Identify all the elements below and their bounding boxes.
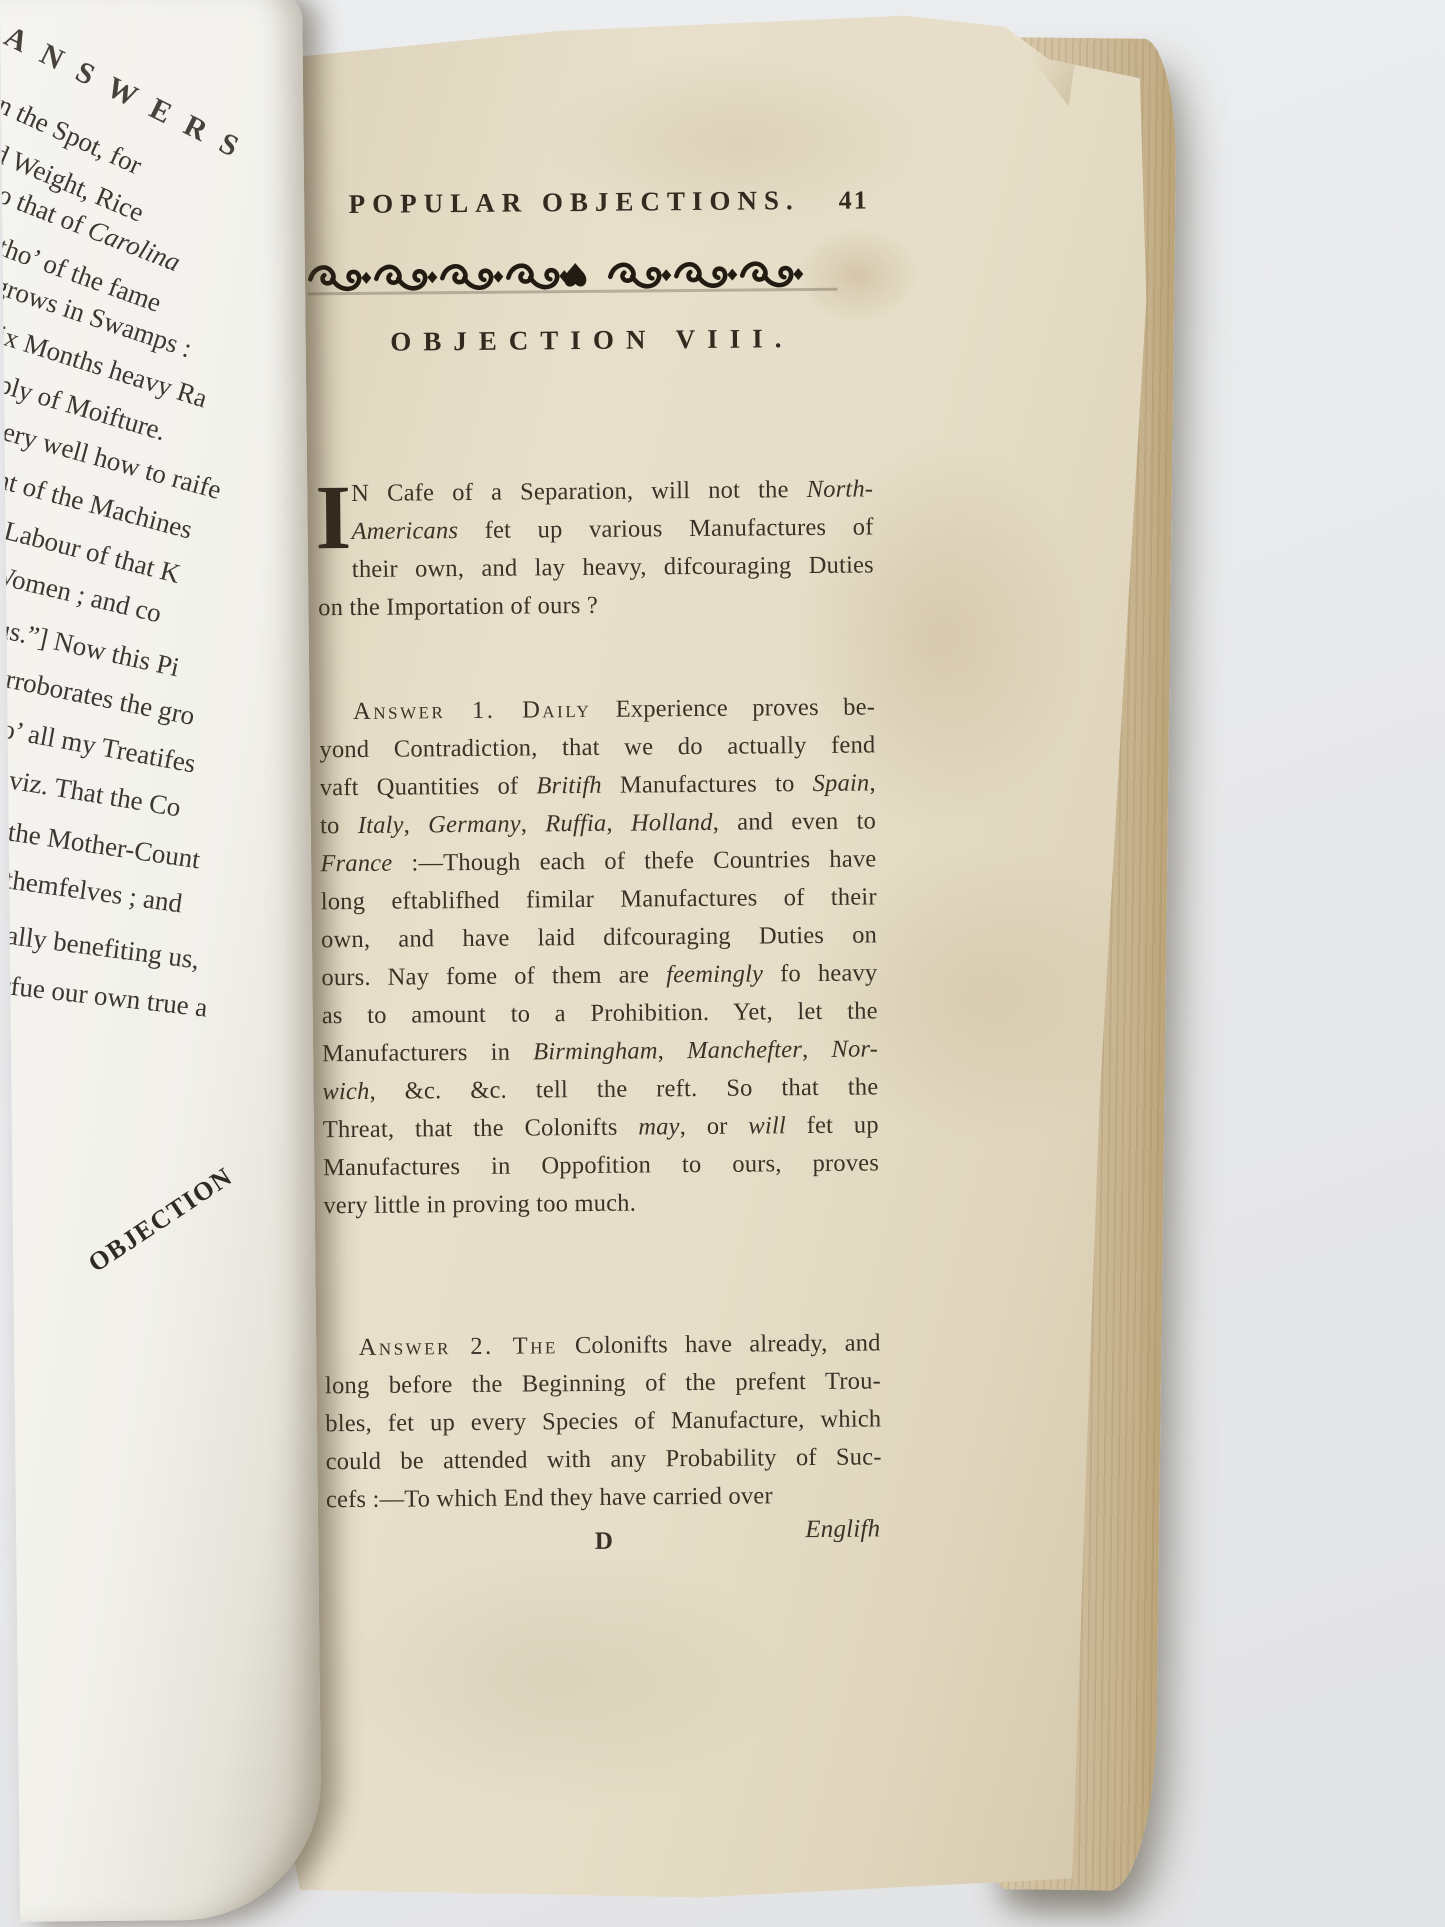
paragraphs: IN Cafe of a Separation, will not the No… bbox=[317, 470, 882, 1519]
signature-mark: D bbox=[595, 1528, 614, 1555]
text-line: Answer 2. The Colonifts have already, an… bbox=[324, 1324, 880, 1367]
text-line: very little in proving too much. bbox=[323, 1182, 879, 1225]
catchword: Englifh bbox=[805, 1510, 880, 1549]
text-line: cefs :—To which End they have carried ov… bbox=[326, 1476, 882, 1519]
text-line: vaft Quantities of Britifh Manufactures … bbox=[320, 764, 876, 807]
text-line: long before the Beginning of the prefent… bbox=[325, 1362, 881, 1405]
answer-1: Answer 1. Daily Experience proves be-yon… bbox=[319, 688, 880, 1225]
text-line: Americans fet up various Manufactures of bbox=[317, 508, 873, 551]
text-line: Manufactures in Oppofition to ours, prov… bbox=[323, 1144, 879, 1187]
text-line: Manufacturers in Birmingham, Manchefter,… bbox=[322, 1030, 878, 1073]
left-page: ANSWERS on the Spot, forred Weight, Rice… bbox=[0, 0, 322, 1922]
text-line: Threat, that the Colonifts may, or will … bbox=[323, 1106, 879, 1149]
page-body-text: IN Cafe of a Separation, will not the No… bbox=[317, 470, 882, 1563]
left-page-text: on the Spot, forred Weight, Riceto that … bbox=[0, 0, 322, 1922]
running-title: POPULAR OBJECTIONS. bbox=[349, 185, 800, 220]
book-photo: POPULAR OBJECTIONS. 41 OBJECTION VIII. bbox=[0, 0, 1445, 1927]
text-line: urfue our own true a bbox=[0, 968, 209, 1023]
objection-statement: IN Cafe of a Separation, will not the No… bbox=[317, 470, 874, 627]
text-line: ours. Nay fome of them are feemingly fo … bbox=[321, 954, 877, 997]
text-line: bles, fet up every Species of Manufactur… bbox=[325, 1400, 881, 1443]
right-page-content: POPULAR OBJECTIONS. 41 OBJECTION VIII. bbox=[235, 6, 1167, 1909]
text-line: yond Contradiction, that we do actually … bbox=[319, 726, 875, 769]
text-line: as to amount to a Prohibition. Yet, let … bbox=[322, 992, 878, 1035]
section-heading: OBJECTION VIII. bbox=[313, 322, 871, 358]
running-header: POPULAR OBJECTIONS. 41 bbox=[349, 184, 869, 220]
floral-ornament-band-icon bbox=[307, 255, 837, 300]
text-line: wich, &c. &c. tell the reft. So that the bbox=[322, 1068, 878, 1111]
text-line: their own, and lay heavy, difcouraging D… bbox=[318, 546, 874, 589]
text-line: long eftablifhed fimilar Manufactures of… bbox=[321, 878, 877, 921]
text-line: to Italy, Germany, Ruffia, Holland, and … bbox=[320, 802, 876, 845]
answer-2: Answer 2. The Colonifts have already, an… bbox=[324, 1324, 882, 1519]
text-line: on the Importation of ours ? bbox=[318, 584, 874, 627]
page-number: 41 bbox=[839, 185, 869, 215]
text-line: could be attended with any Probability o… bbox=[325, 1438, 881, 1481]
text-line: own, and have laid difcouraging Duties o… bbox=[321, 916, 877, 959]
signature-row: D Englifh bbox=[326, 1520, 882, 1563]
text-line: France :—Though each of thefe Countries … bbox=[320, 840, 876, 883]
text-line: N Cafe of a Separation, will not the Nor… bbox=[317, 470, 873, 513]
text-line: onally benefiting us, bbox=[0, 916, 201, 975]
text-line: themfelves ; and bbox=[3, 864, 184, 919]
right-page: POPULAR OBJECTIONS. 41 OBJECTION VIII. bbox=[235, 10, 1150, 1905]
text-line: Answer 1. Daily Experience proves be- bbox=[319, 688, 875, 731]
